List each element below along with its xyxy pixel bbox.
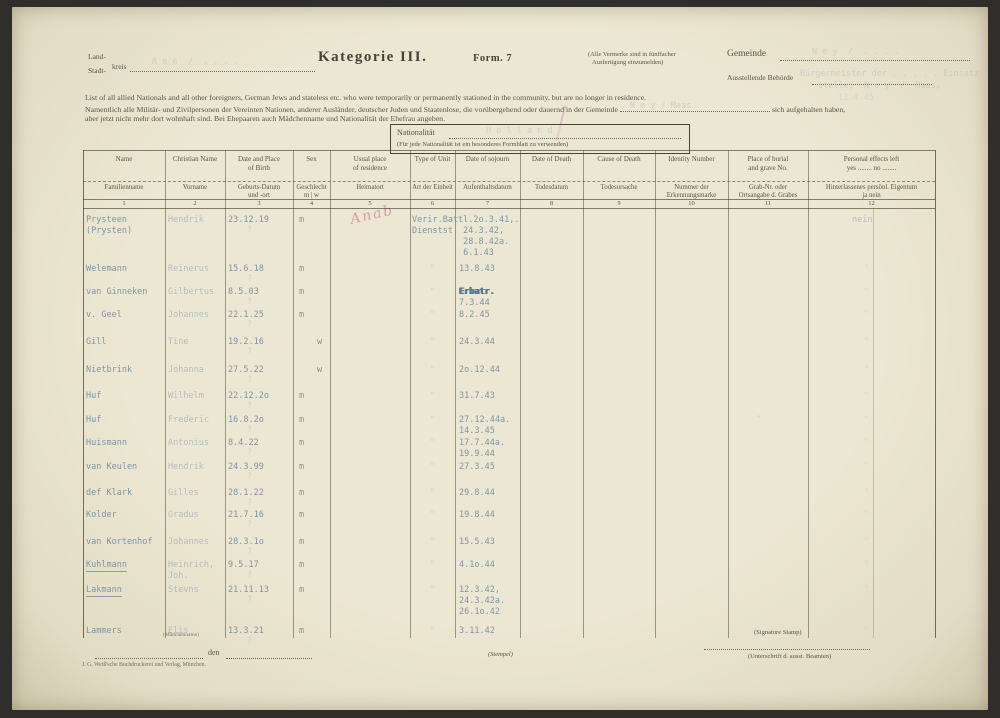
row-name: van Kortenhof <box>86 537 153 548</box>
column-header-en: Place of burial and grave No. <box>728 155 808 172</box>
row-birth-query-mark: ? <box>247 347 252 358</box>
column-header-number: 5 <box>330 200 410 207</box>
form-paper: Land- Stadt- kreis R e e / . . . . Kateg… <box>12 7 988 710</box>
table-column-line <box>225 150 226 638</box>
column-header-de: Vorname <box>165 184 225 192</box>
row-name: Kolder <box>86 510 117 521</box>
row-sojourn-date: 4.1o.44 <box>459 560 495 571</box>
row-name-line2: (Prysten) <box>86 226 132 237</box>
row-sex: w <box>317 337 322 348</box>
footer-signature-line <box>704 648 870 650</box>
row-effects-ditto: " <box>864 510 869 521</box>
table-column-line <box>935 150 936 638</box>
column-header-de: Aufenthaltsdatum <box>455 184 520 192</box>
table-column-line <box>583 150 584 638</box>
row-birth-date: 27.5.22 <box>228 365 264 376</box>
row-effects-ditto: " <box>864 365 869 376</box>
row-birth-query-mark: ? <box>247 401 252 412</box>
row-effects-ditto: " <box>864 415 869 426</box>
row-sojourn-date: 31.7.43 <box>459 391 495 402</box>
row-name: Kuhlmann <box>86 560 127 572</box>
row-effects-ditto: " <box>864 264 869 275</box>
row-birth-query-mark: ? <box>247 520 252 531</box>
row-effects-ditto: " <box>864 391 869 402</box>
row-christian-name: Hendrik <box>168 215 204 226</box>
table-column-line <box>520 150 521 638</box>
row-effects-ditto: " <box>864 462 869 473</box>
row-sojourn-date: 19.8.44 <box>459 510 495 521</box>
row-sex: m <box>299 264 304 275</box>
row-birth-date: 8.5.03 <box>228 287 259 298</box>
row-sojourn-date: 8.2.45 <box>459 310 490 321</box>
table-header-divider <box>83 181 935 182</box>
row-birth-date: 9.5.17 <box>228 560 259 571</box>
row-effects-ditto: " <box>864 585 869 596</box>
row-birth-date: 16.8.2o <box>228 415 264 426</box>
row-sex: m <box>299 626 304 637</box>
column-header-de: Geschlecht m | w <box>293 184 330 200</box>
row-effects-ditto: " <box>864 310 869 321</box>
column-header-de: Todesdatum <box>520 184 583 192</box>
row-unit-ditto: " <box>430 310 435 321</box>
row-name: Huismann <box>86 438 127 449</box>
column-header-en: Identity Number <box>655 155 728 164</box>
column-header-en: Name <box>83 155 165 164</box>
row-birth-query-mark: ? <box>247 274 252 285</box>
column-header-number: 3 <box>225 200 293 207</box>
row-sojourn-date: 27.12.44a. 14.3.45 <box>459 415 510 437</box>
row-birth-date: 28.3.1o <box>228 537 264 548</box>
column-header-number: 2 <box>165 200 225 207</box>
row-birth-query-mark: ? <box>247 375 252 386</box>
column-header-en: Usual place of residence <box>330 155 410 172</box>
column-header-en: Cause of Death <box>583 155 655 164</box>
row-christian-name: Gradus <box>168 510 199 521</box>
row-sex: m <box>299 391 304 402</box>
row-name: Nietbrink <box>86 365 132 376</box>
row-name: Lakmann <box>86 585 122 597</box>
row-christian-name: Antonius <box>168 438 209 449</box>
column-header-number: 11 <box>728 200 808 207</box>
row-unit-ditto: " <box>430 462 435 473</box>
column-header-de: Geburts-Datum und -ort <box>225 184 293 200</box>
row-birth-date: 13.3.21 <box>228 626 264 637</box>
row-name: v. Geel <box>86 310 122 321</box>
row-birth-query-mark: ? <box>247 498 252 509</box>
row-christian-name: Frederic <box>168 415 209 426</box>
column-header-number: 1 <box>83 200 165 207</box>
row-name: def Klark <box>86 488 132 499</box>
row-sojourn-date: 7.3.44 <box>459 298 490 309</box>
row-sojourn-date: 17.7.44a. 19.9.44 <box>459 438 505 460</box>
row-birth-date: 19.2.16 <box>228 337 264 348</box>
row-christian-name: Stevns <box>168 585 199 596</box>
row-unit-ditto: " <box>430 287 435 298</box>
column-header-de: Nummer der Erkennungsmarke <box>655 184 728 200</box>
row-unit-ditto: " <box>430 560 435 571</box>
row-sojourn-date: 12.3.42, 24.3.42a. 26.1o.42 <box>459 585 505 618</box>
footer-stamp-label: (Stempel) <box>488 651 513 659</box>
column-header-number: 9 <box>583 200 655 207</box>
column-header-number: 8 <box>520 200 583 207</box>
row-sex: m <box>299 462 304 473</box>
row-sojourn-date: 24.3.44 <box>459 337 495 348</box>
row-unit-and-sojourn: Verir.Battl.2o.3.41,. Dienstst. 24.3.42,… <box>412 215 519 259</box>
row-christian-name: Johannes <box>168 537 209 548</box>
table-column-line <box>655 150 656 638</box>
row-name: van Ginneken <box>86 287 147 298</box>
column-header-number: 12 <box>808 200 935 207</box>
column-header-number: 7 <box>455 200 520 207</box>
row-birth-date: 22.1.25 <box>228 310 264 321</box>
row-sex: m <box>299 215 304 226</box>
row-unit-ditto: " <box>430 337 435 348</box>
row-sojourn-date: 2o.12.44 <box>459 365 500 376</box>
row-birth-query-mark: ? <box>247 547 252 558</box>
row-christian-name: Hendrik <box>168 462 204 473</box>
row-name: Gill <box>86 337 106 348</box>
row-birth-date: 21.7.16 <box>228 510 264 521</box>
column-header-de: Todesursache <box>583 184 655 192</box>
row-sojourn-date: 29.8.44 <box>459 488 495 499</box>
column-header-en: Type of Unit <box>410 155 455 164</box>
table-horizontal-line <box>83 150 935 151</box>
column-header-de: Familienname <box>83 184 165 192</box>
row-unit-ditto: " <box>430 510 435 521</box>
row-name: Prysteen <box>86 215 127 226</box>
row-sex: m <box>299 585 304 596</box>
row-sex: m <box>299 310 304 321</box>
document-scan: Land- Stadt- kreis R e e / . . . . Kateg… <box>0 0 1000 718</box>
row-unit-ditto: " <box>430 264 435 275</box>
row-birth-date: 28.1.22 <box>228 488 264 499</box>
row-sojourn-date: 27.3.45 <box>459 462 495 473</box>
row-birth-date: 24.3.99 <box>228 462 264 473</box>
registry-table: NameFamilienname1Christian NameVorname2D… <box>12 7 988 710</box>
column-header-de: Heimatort <box>330 184 410 192</box>
row-sojourn-date: 13.8.43 <box>459 264 495 275</box>
row-birth-query-mark: ? <box>247 570 252 581</box>
table-column-line <box>165 150 166 638</box>
row-christian-name: Reinerus <box>168 264 209 275</box>
row-christian-name: Tine <box>168 337 188 348</box>
row-name: Huf <box>86 415 101 426</box>
row-unit-ditto: " <box>430 365 435 376</box>
row-christian-name: Gilbertus <box>168 287 214 298</box>
column-header-de: Grab-Nr. oder Ortsangabe d. Grabes <box>728 184 808 200</box>
row-sojourn-overtyped: Erbatr. <box>459 287 495 298</box>
row-christian-name: Wilhelm <box>168 391 204 402</box>
row-sex: m <box>299 560 304 571</box>
row-unit-ditto: " <box>430 391 435 402</box>
row-birth-query-mark: ? <box>247 472 252 483</box>
footer-signature-stamp-label: (Signature Stamp) <box>754 629 801 637</box>
row-birth-query-mark: ? <box>247 297 252 308</box>
row-effects-ditto: " <box>864 626 869 637</box>
row-unit-ditto: " <box>430 626 435 637</box>
row-birth-query-mark: ? <box>247 448 252 459</box>
column-header-de: Hinterlassenes persönl. Eigentum ja nein <box>808 184 935 200</box>
column-header-number: 4 <box>293 200 330 207</box>
row-effects-ditto: " <box>864 287 869 298</box>
column-header-en: Date and Place of Birth <box>225 155 293 172</box>
row-name: van Keulen <box>86 462 137 473</box>
footer-date-word: den <box>208 648 220 657</box>
row-unit-ditto: " <box>430 438 435 449</box>
row-birth-query-mark: ? <box>247 595 252 606</box>
row-sex: m <box>299 537 304 548</box>
table-column-line <box>410 150 411 638</box>
effects-subcolumn-line <box>873 208 874 638</box>
row-birth-date: 8.4.22 <box>228 438 259 449</box>
column-header-en: Sex <box>293 155 330 164</box>
column-header-en: Personal effects left yes ........ no ..… <box>808 155 935 172</box>
column-header-number: 6 <box>410 200 455 207</box>
row-sojourn-date: 15.5.43 <box>459 537 495 548</box>
row-unit-ditto: " <box>430 585 435 596</box>
table-column-line <box>808 150 809 638</box>
row-name: Huf <box>86 391 101 402</box>
row-christian-name: Heinrich, <box>168 560 214 571</box>
row-effects-ditto: " <box>864 560 869 571</box>
row-unit-ditto: " <box>430 415 435 426</box>
column-header-de: Art der Einheit <box>410 184 455 192</box>
row-sex: m <box>299 488 304 499</box>
row-effects-ditto: " <box>864 438 869 449</box>
row-effects-ditto: " <box>864 537 869 548</box>
row-sex: m <box>299 415 304 426</box>
row-sojourn-date: 3.11.42 <box>459 626 495 637</box>
row-birth-query-mark: ? <box>247 636 252 647</box>
footer-date-line <box>226 657 312 659</box>
maiden-name-note: (Mädchenname) <box>163 632 199 640</box>
row-birth-query-mark: ? <box>247 320 252 331</box>
column-header-en: Date of Death <box>520 155 583 164</box>
row-unit-ditto: " <box>430 488 435 499</box>
row-christian-name: Johanna <box>168 365 204 376</box>
row-effects-ditto: " <box>864 488 869 499</box>
printer-imprint: J. G. Weiß'sche Buchdruckerei und Verlag… <box>82 662 206 668</box>
row-christian-name-line2: Joh. <box>168 571 188 582</box>
table-column-line <box>83 150 84 638</box>
row-sex: m <box>299 287 304 298</box>
footer-signature-caption: (Unterschrift d. ausst. Beamten) <box>748 653 831 661</box>
footer-place-line <box>95 657 203 659</box>
row-birth-query-mark: ? <box>247 425 252 436</box>
table-horizontal-line <box>83 208 935 209</box>
table-column-line <box>293 150 294 638</box>
row-birth-date: 15.6.18 <box>228 264 264 275</box>
row-sex: w <box>317 365 322 376</box>
row-sex: m <box>299 510 304 521</box>
row-name: Lammers <box>86 626 122 637</box>
row-unit-ditto: " <box>430 537 435 548</box>
table-column-line <box>330 150 331 638</box>
row-sex: m <box>299 438 304 449</box>
column-header-number: 10 <box>655 200 728 207</box>
column-header-en: Date of sojourn <box>455 155 520 164</box>
table-column-line <box>728 150 729 638</box>
row-christian-name: Johannes <box>168 310 209 321</box>
row-grave-ditto: " <box>756 415 761 426</box>
column-header-en: Christian Name <box>165 155 225 164</box>
row-birth-query-mark: ? <box>247 225 252 236</box>
row-christian-name: Gilles <box>168 488 199 499</box>
row-name: Welemann <box>86 264 127 275</box>
row-effects-ditto: " <box>864 337 869 348</box>
row-effects-value: nein <box>852 215 872 226</box>
